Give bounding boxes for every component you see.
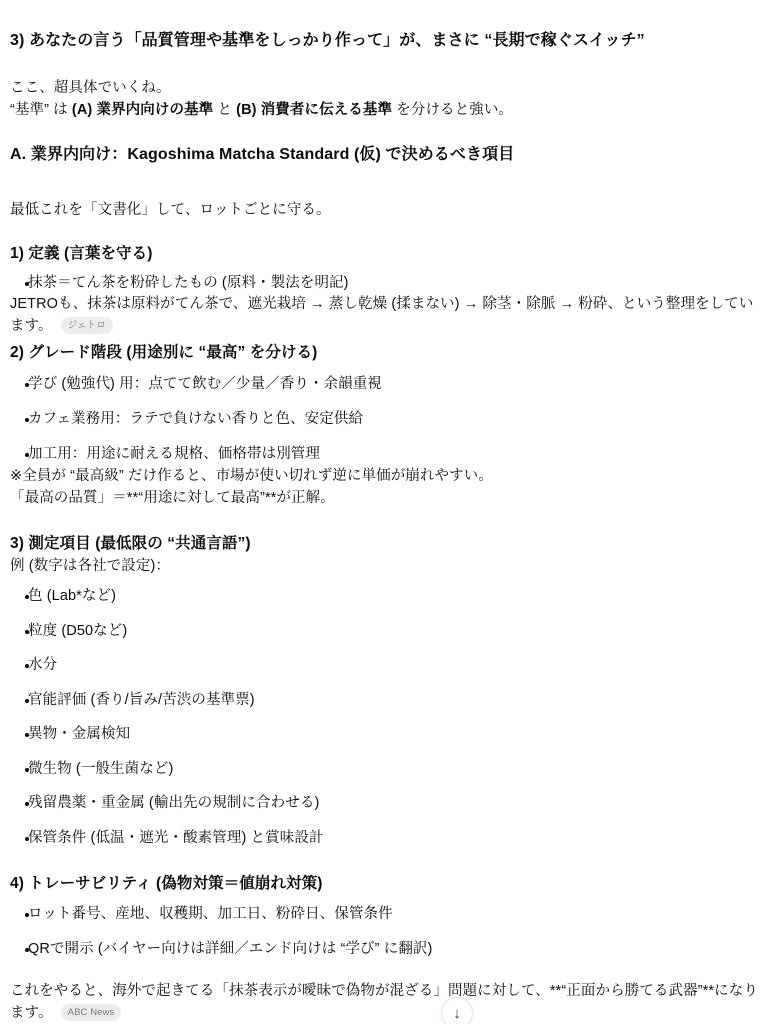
- list-item-text: 異物・金属検知: [28, 726, 130, 742]
- list-item: 加工用：用途に耐える規格、価格帯は別管理: [10, 444, 752, 466]
- intro-line2-post: を分けると強い。: [392, 102, 513, 118]
- bullet-icon: [25, 595, 29, 599]
- citation-chip-abc-news[interactable]: ABC News: [61, 1004, 122, 1021]
- sub3-lead: 例 (数字は各社で設定)：: [10, 556, 762, 578]
- list-item-text: 色 (Lab*など): [28, 588, 116, 604]
- list-item-text: 加工用：用途に耐える規格、価格帯は別管理: [28, 446, 320, 462]
- bullet-icon: [25, 948, 29, 952]
- bullet-icon: [25, 383, 29, 387]
- grade-note-line1: ※全員が “最高級” だけ作ると、市場が使い切れず逆に単価が崩れやすい。: [10, 468, 493, 484]
- list-item-text: ロット番号、産地、収穫期、加工日、粉砕日、保管条件: [28, 906, 393, 922]
- intro-line2-sep: と: [213, 102, 236, 118]
- grade-note-paragraph: ※全員が “最高級” だけ作ると、市場が使い切れず逆に単価が崩れやすい。 「最高…: [10, 466, 762, 509]
- bullet-icon: [25, 768, 29, 772]
- list-item-text: 抹茶＝てん茶を粉砕したもの (原料・製法を明記): [28, 275, 349, 291]
- list-item-text: 残留農薬・重金属 (輸出先の規制に合わせる): [28, 795, 319, 811]
- list-item-text: 学び (勉強代) 用：点てて飲む／少量／香り・余韻重視: [28, 376, 382, 392]
- section-a-heading: A. 業界内向け：Kagoshima Matcha Standard (仮) で…: [10, 145, 762, 165]
- bullet-icon: [25, 282, 29, 286]
- list-item: カフェ業務用：ラテで負けない香りと色、安定供給: [10, 409, 752, 431]
- sub4-heading: 4) トレーサビリティ (偽物対策＝値崩れ対策): [10, 874, 762, 894]
- message-title: 3) あなたの言う「品質管理や基準をしっかり作って」が、まさに “長期で稼ぐスイ…: [10, 31, 762, 51]
- scroll-to-bottom-button[interactable]: ↓: [441, 997, 473, 1024]
- bullet-icon: [25, 913, 29, 917]
- list-item: 水分: [10, 655, 752, 677]
- jetro-paragraph: JETROも、抹茶は原料がてん茶で、遮光栽培 → 蒸し乾燥 (揉まない) → 除…: [10, 294, 762, 337]
- list-item: 抹茶＝てん茶を粉砕したもの (原料・製法を明記): [10, 273, 752, 295]
- section-a-lead: 最低これを「文書化」して、ロットごとに守る。: [10, 200, 762, 222]
- list-item: 異物・金属検知: [10, 724, 752, 746]
- bullet-icon: [25, 699, 29, 703]
- bullet-icon: [25, 733, 29, 737]
- bullet-icon: [25, 418, 29, 422]
- citation-chip-jetro[interactable]: ジェトロ: [61, 317, 113, 334]
- list-item-text: 水分: [28, 657, 57, 673]
- bullet-icon: [25, 664, 29, 668]
- bullet-icon: [25, 837, 29, 841]
- intro-line2-pre: “基準” は: [10, 102, 72, 118]
- list-item: 官能評価 (香り/旨み/苦渋の基準票): [10, 690, 752, 712]
- intro-line1: ここ、超具体でいくね。: [10, 80, 171, 96]
- list-item-text: カフェ業務用：ラテで負けない香りと色、安定供給: [28, 411, 363, 427]
- list-item-text: 保管条件 (低温・遮光・酸素管理) と賞味設計: [28, 830, 324, 846]
- closing-text: これをやると、海外で起きてる「抹茶表示が曖昧で偽物が混ざる」問題に対して、**“…: [10, 983, 758, 1021]
- list-item: 保管条件 (低温・遮光・酸素管理) と賞味設計: [10, 828, 752, 850]
- list-item-text: 官能評価 (香り/旨み/苦渋の基準票): [28, 692, 255, 708]
- down-arrow-icon: ↓: [453, 1006, 461, 1021]
- bullet-icon: [25, 802, 29, 806]
- list-item-text: QRで開示 (バイヤー向けは詳細／エンド向けは “学び” に翻訳): [28, 941, 432, 957]
- list-item: 学び (勉強代) 用：点てて飲む／少量／香り・余韻重視: [10, 374, 752, 396]
- sub1-heading: 1) 定義 (言葉を守る): [10, 244, 762, 264]
- sub2-heading: 2) グレード階段 (用途別に “最高” を分ける): [10, 343, 762, 363]
- intro-line2-bold-a: (A) 業界内向けの基準: [72, 102, 213, 118]
- list-item: 色 (Lab*など): [10, 586, 752, 608]
- list-item-text: 微生物 (一般生菌など): [28, 761, 173, 777]
- list-item: ロット番号、産地、収穫期、加工日、粉砕日、保管条件: [10, 904, 752, 926]
- list-item-text: 粒度 (D50など): [28, 623, 127, 639]
- closing-paragraph: これをやると、海外で起きてる「抹茶表示が曖昧で偽物が混ざる」問題に対して、**“…: [10, 981, 762, 1024]
- sub3-heading: 3) 測定項目 (最低限の “共通言語”): [10, 534, 762, 554]
- intro-line2-bold-b: (B) 消費者に伝える基準: [236, 102, 392, 118]
- grade-note-line2: 「最高の品質」＝**“用途に対して最高”**が正解。: [10, 490, 335, 506]
- jetro-paragraph-text: JETROも、抹茶は原料がてん茶で、遮光栽培 → 蒸し乾燥 (揉まない) → 除…: [10, 296, 754, 334]
- list-item: 残留農薬・重金属 (輸出先の規制に合わせる): [10, 793, 752, 815]
- bullet-icon: [25, 630, 29, 634]
- intro-paragraph: ここ、超具体でいくね。 “基準” は (A) 業界内向けの基準 と (B) 消費…: [10, 78, 762, 121]
- list-item: QRで開示 (バイヤー向けは詳細／エンド向けは “学び” に翻訳): [10, 939, 752, 961]
- bullet-icon: [25, 453, 29, 457]
- chat-message-panel: 3) あなたの言う「品質管理や基準をしっかり作って」が、まさに “長期で稼ぐスイ…: [0, 0, 770, 1024]
- list-item: 粒度 (D50など): [10, 621, 752, 643]
- list-item: 微生物 (一般生菌など): [10, 759, 752, 781]
